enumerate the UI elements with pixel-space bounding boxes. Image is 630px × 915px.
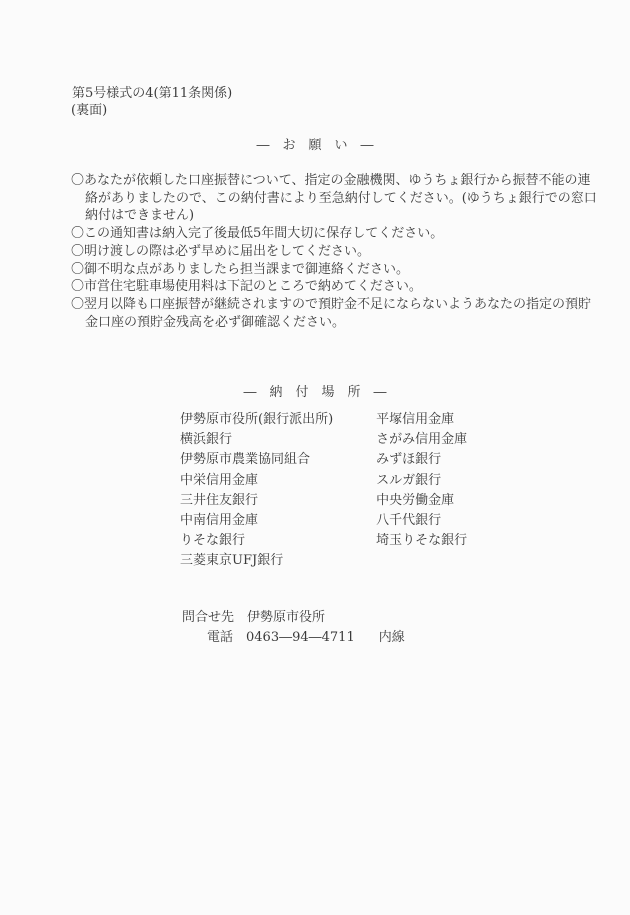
payment-locations-list: 伊勢原市役所(銀行派出所) 平塚信用金庫 横浜銀行 さがみ信用金庫 伊勢原市農業… [180,410,467,572]
payment-locations-heading: ― 納 付 場 所 ― [0,386,630,399]
payment-location-row: 三井住友銀行 中央労働金庫 [180,491,467,511]
payment-location-row: 三菱東京UFJ銀行 [180,551,467,571]
request-line: 〇御不明な点がありましたら担当課まで御連絡ください。 [71,261,576,279]
phone-number: 0463―94―4711 [246,630,355,645]
payment-location-row: 伊勢原市役所(銀行派出所) 平塚信用金庫 [180,410,467,430]
payment-location: 中央労働金庫 [376,491,454,511]
payment-location: 八千代銀行 [376,511,441,531]
payment-location-row: りそな銀行 埼玉りそな銀行 [180,531,467,551]
payment-location: さがみ信用金庫 [376,430,467,450]
payment-location: 三井住友銀行 [180,491,372,511]
payment-location-row: 中栄信用金庫 スルガ銀行 [180,471,467,491]
payment-location-row: 横浜銀行 さがみ信用金庫 [180,430,467,450]
document-page: 第5号様式の4(第11条関係) (裏面) ― お 願 い ― 〇あなたが依頼した… [0,0,630,915]
extension-label: 内線 [379,630,405,645]
inquiry-value: 伊勢原市役所 [247,610,325,625]
payment-location: スルガ銀行 [376,471,441,491]
form-number: 第5号様式の4(第11条関係) [72,87,232,100]
payment-location: 中南信用金庫 [180,511,372,531]
payment-location: りそな銀行 [180,531,372,551]
side-label: (裏面) [71,104,107,117]
contact-info: 問合せ先伊勢原市役所 電話0463―94―4711内線 [182,608,405,649]
request-line: 絡がありましたので、この納付書により至急納付してください。(ゆうちょ銀行での窓口 [85,190,576,208]
payment-location: みずほ銀行 [376,450,441,470]
request-line: 〇明け渡しの際は必ず早めに届出をしてください。 [71,243,576,261]
request-line: 〇この通知書は納入完了後最低5年間大切に保存してください。 [71,225,576,243]
request-line: 〇あなたが依頼した口座振替について、指定の金融機関、ゆうちょ銀行から振替不能の連 [71,172,576,190]
inquiry-label: 問合せ先 [182,610,234,625]
inquiry-line: 問合せ先伊勢原市役所 [182,608,405,628]
phone-line: 電話0463―94―4711内線 [207,628,405,648]
payment-location: 埼玉りそな銀行 [376,531,467,551]
payment-location: 中栄信用金庫 [180,471,372,491]
request-line: 金口座の預貯金残高を必ず御確認ください。 [85,314,576,332]
request-line: 納付はできません) [85,207,576,225]
phone-label: 電話 [207,630,233,645]
request-heading: ― お 願 い ― [0,139,630,152]
payment-location: 伊勢原市農業協同組合 [180,450,372,470]
payment-location: 伊勢原市役所(銀行派出所) [180,410,372,430]
payment-location-row: 中南信用金庫 八千代銀行 [180,511,467,531]
payment-location: 平塚信用金庫 [376,410,454,430]
request-notes: 〇あなたが依頼した口座振替について、指定の金融機関、ゆうちょ銀行から振替不能の連… [71,172,576,331]
request-line: 〇市営住宅駐車場使用料は下記のところで納めてください。 [71,278,576,296]
payment-location-row: 伊勢原市農業協同組合 みずほ銀行 [180,450,467,470]
payment-location: 三菱東京UFJ銀行 [180,551,372,571]
request-line: 〇翌月以降も口座振替が継続されますので預貯金不足にならないようあなたの指定の預貯 [71,296,576,314]
payment-location: 横浜銀行 [180,430,372,450]
